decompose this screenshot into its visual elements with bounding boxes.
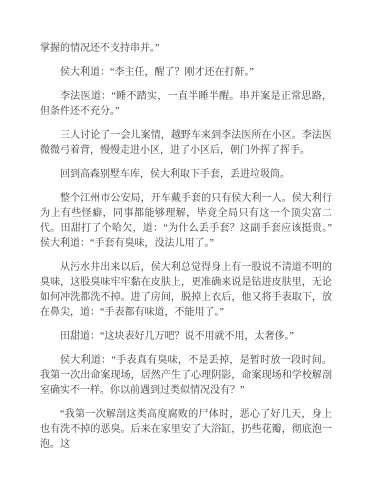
paragraph: 侯大利道：“李主任，醒了？刚才还在打鼾。” [40,65,332,80]
paragraph: 李法医道：“睡不踏实，一直半睡半醒。串并案是正常思路，但条件还不充分。” [40,89,332,119]
paragraph: “我第一次解剖这类高度腐败的尸体时，恶心了好几天，身上也有洗不掉的恶臭。后来在家… [40,407,332,452]
paragraph: 从污水井出来以后，侯大利总觉得身上有一股说不清道不明的臭味，这股臭味牢牢黏在皮肤… [40,260,332,320]
paragraph: 三人讨论了一会儿案情，越野车来到李法医所在小区。李法医微微弓着背，慢慢走进小区，… [40,128,332,158]
paragraph: 回到高森别墅车库，侯大利取下手套，丢进垃圾筒。 [40,167,332,182]
text-column: 掌握的情况还不支持串并。”侯大利道：“李主任，醒了？刚才还在打鼾。”李法医道：“… [40,41,332,452]
paragraph: 侯大利道：“手表真有臭味，不是丢掉，是暂时放一段时间。我第一次出命案现场，居然产… [40,353,332,398]
paragraph: 整个江州市公安局，开车戴手套的只有侯大利一人。侯大利行为上有些怪癖，同事都能够理… [40,191,332,251]
paragraph: 田甜道：“这块表好几万吧？说不用就不用，太奢侈。” [40,329,332,344]
reader-page[interactable]: 掌握的情况还不支持串并。”侯大利道：“李主任，醒了？刚才还在打鼾。”李法医道：“… [0,0,370,480]
paragraph: 掌握的情况还不支持串并。” [40,41,332,56]
